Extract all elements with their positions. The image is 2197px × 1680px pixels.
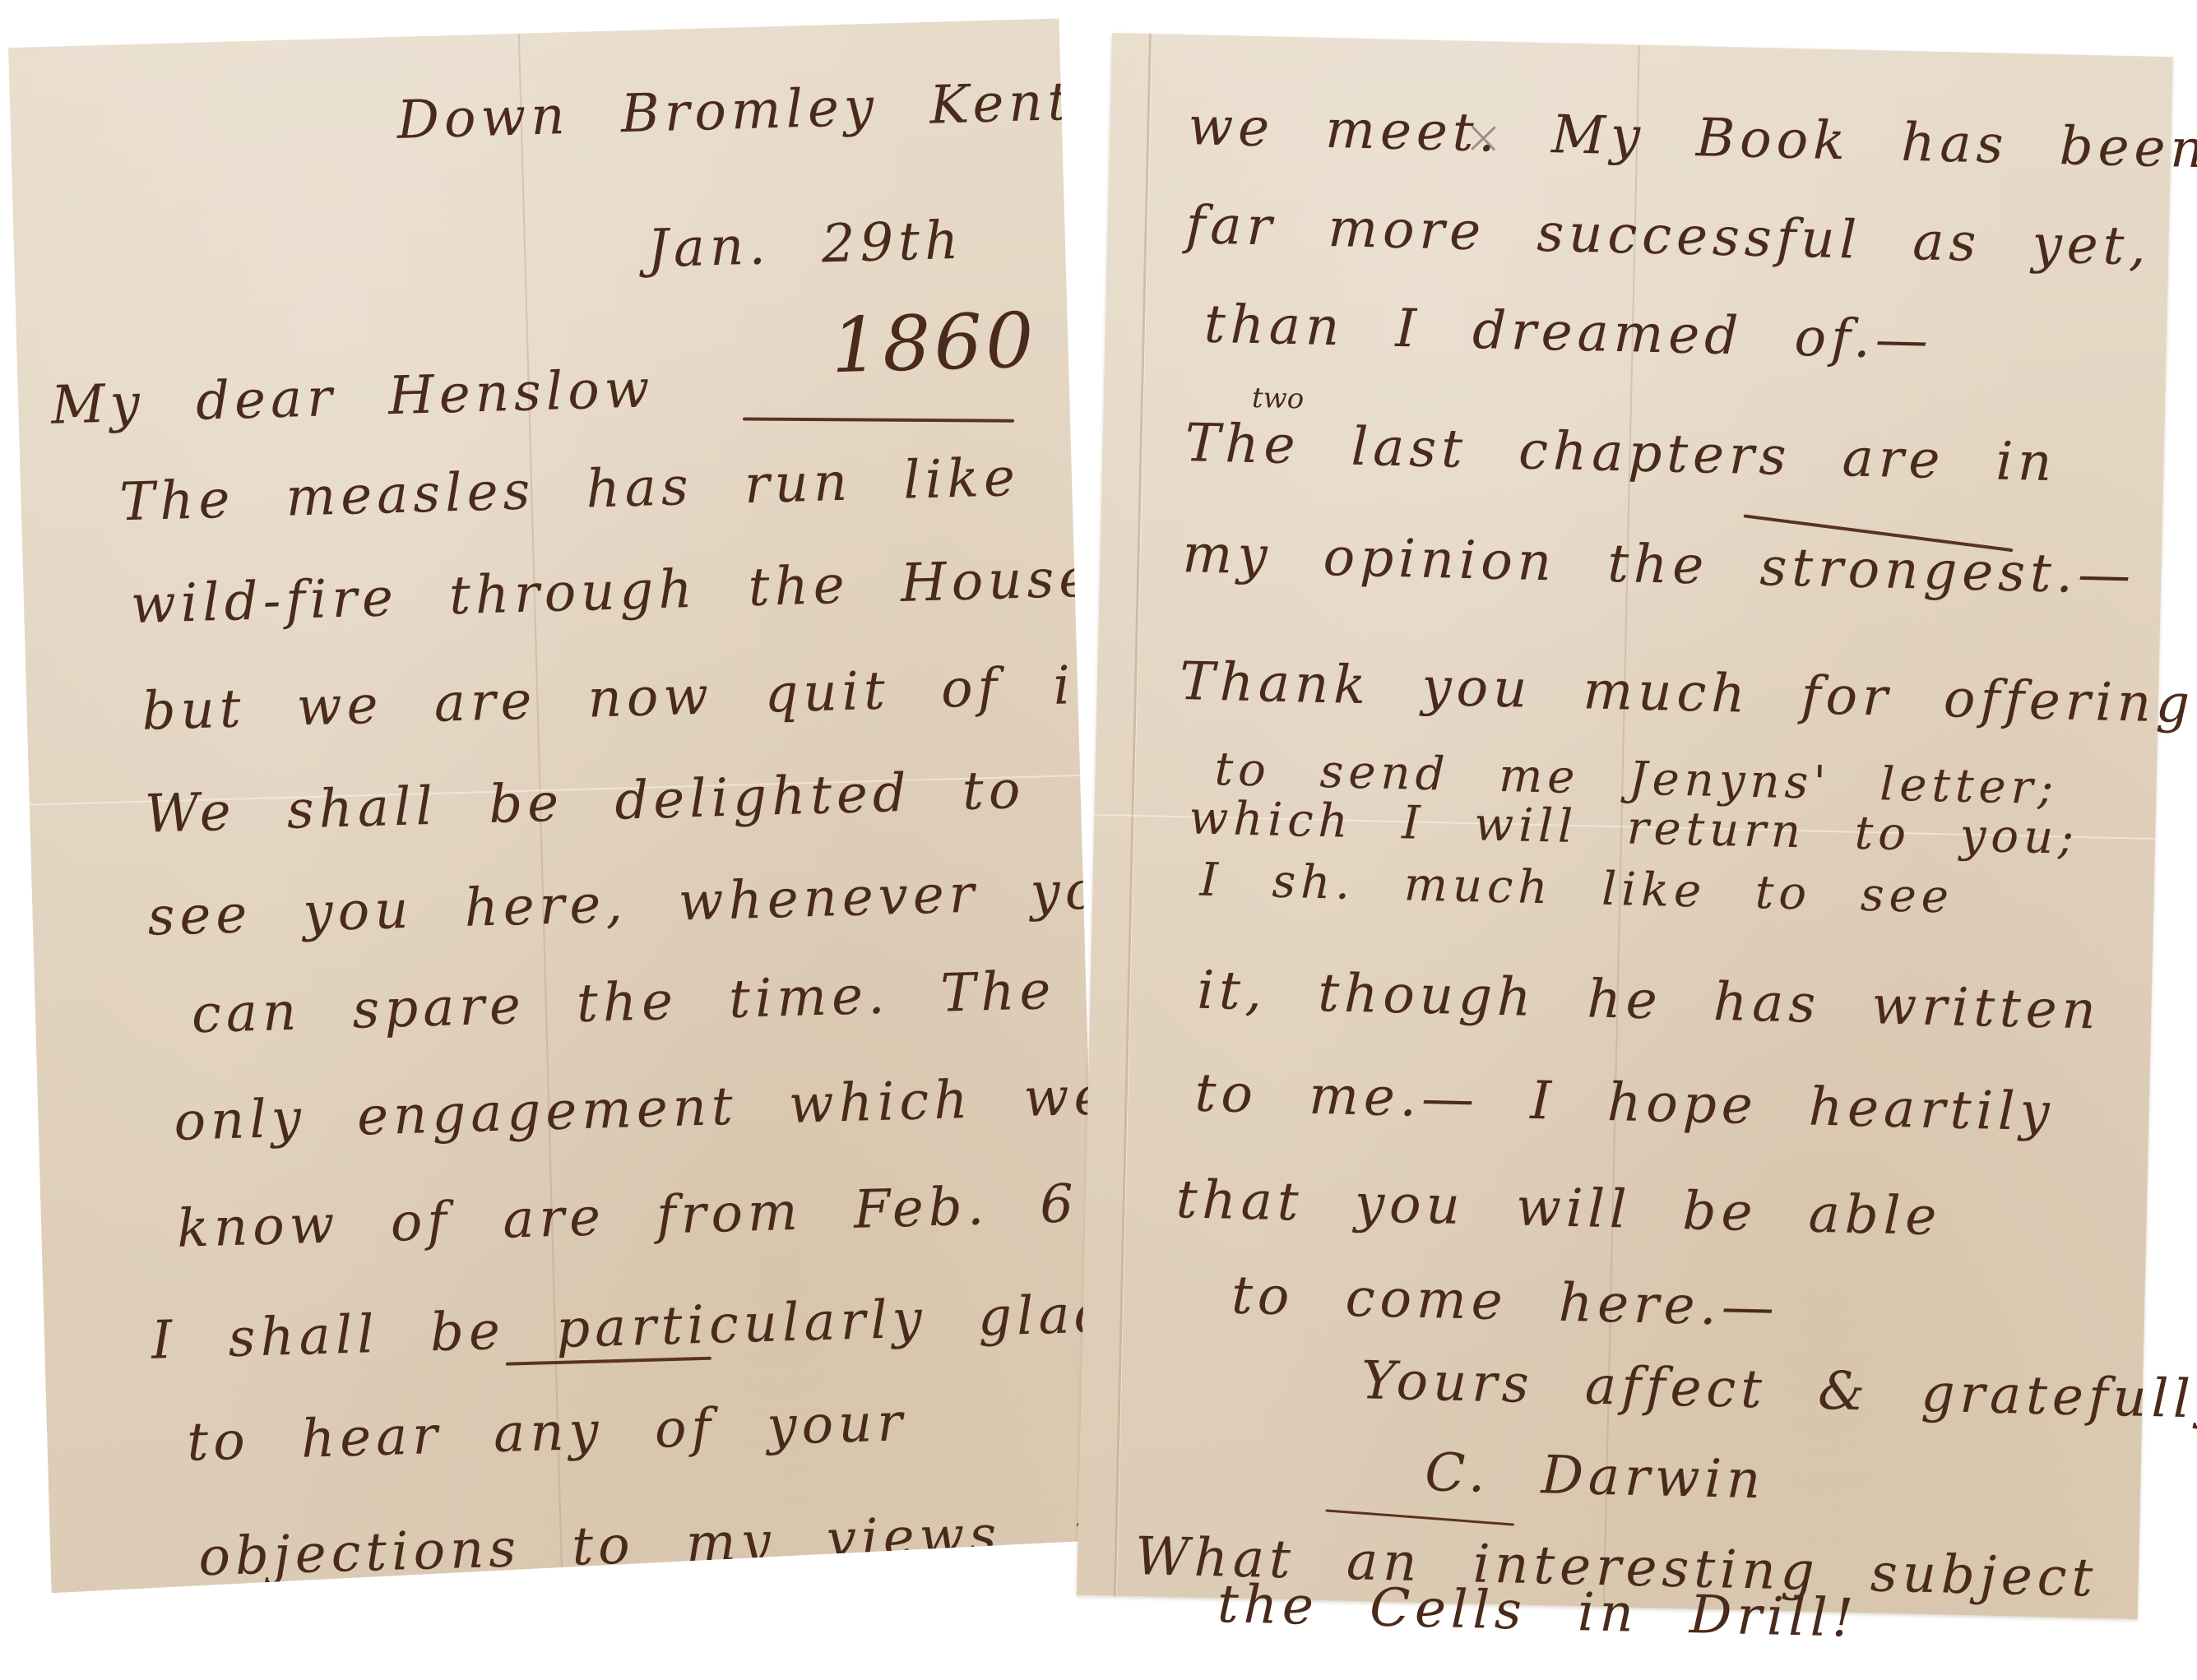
body-line: my opinion the strongest.— bbox=[1182, 528, 2136, 602]
body-line: far more successful as yet, bbox=[1185, 199, 2151, 274]
body-line: wild-fire through the House, bbox=[130, 552, 1117, 632]
letter-closing: Yours affect & gratefully bbox=[1360, 1354, 2197, 1427]
body-line: to come here.— bbox=[1231, 1270, 1779, 1335]
postscript-flourish bbox=[1325, 1509, 1514, 1525]
body-line: Thank you much for offering bbox=[1179, 655, 2195, 731]
letter-date: Jan. 29th bbox=[647, 215, 964, 276]
pencil-insertion-mark: × bbox=[1462, 109, 1504, 165]
body-line: I shall be particularly glad bbox=[151, 1288, 1114, 1368]
body-line: I sh. much like to see bbox=[1199, 858, 1954, 921]
sender-address: Down Bromley Kent bbox=[396, 76, 1074, 147]
signature: C. Darwin bbox=[1425, 1446, 1766, 1506]
letter-page-right: we meet. My Book has been × far more suc… bbox=[1077, 33, 2173, 1619]
date-flourish bbox=[743, 417, 1014, 422]
body-line: to hear any of your bbox=[187, 1396, 908, 1469]
body-line: We shall be delighted to bbox=[144, 764, 1026, 841]
body-line: The last chapters are in bbox=[1184, 417, 2057, 489]
postscript-line: the Cells in Drill! bbox=[1217, 1578, 1858, 1645]
letter-year: 1860 bbox=[830, 303, 1038, 384]
letter-page-left: Down Bromley Kent Jan. 29th 1860 My dear… bbox=[8, 18, 1102, 1593]
body-line: than I dreamed of.— bbox=[1203, 299, 1933, 368]
body-line: see you here, whenever you bbox=[147, 863, 1142, 944]
body-line: that you will be able bbox=[1175, 1173, 1942, 1243]
body-line: but we are now quit of it. bbox=[141, 658, 1124, 738]
body-line: to me.— I hope heartily bbox=[1194, 1067, 2055, 1140]
body-line: it, though he has written bbox=[1197, 965, 2102, 1038]
body-line: can spare the time. The bbox=[191, 965, 1056, 1041]
caret-insertion-word: two bbox=[1252, 382, 1305, 415]
body-line: only engagement which we bbox=[174, 1070, 1110, 1149]
body-line: The measles has run like bbox=[119, 451, 1021, 530]
salutation: My dear Henslow bbox=[50, 363, 655, 432]
body-line: we meet. My Book has been bbox=[1188, 100, 2197, 176]
